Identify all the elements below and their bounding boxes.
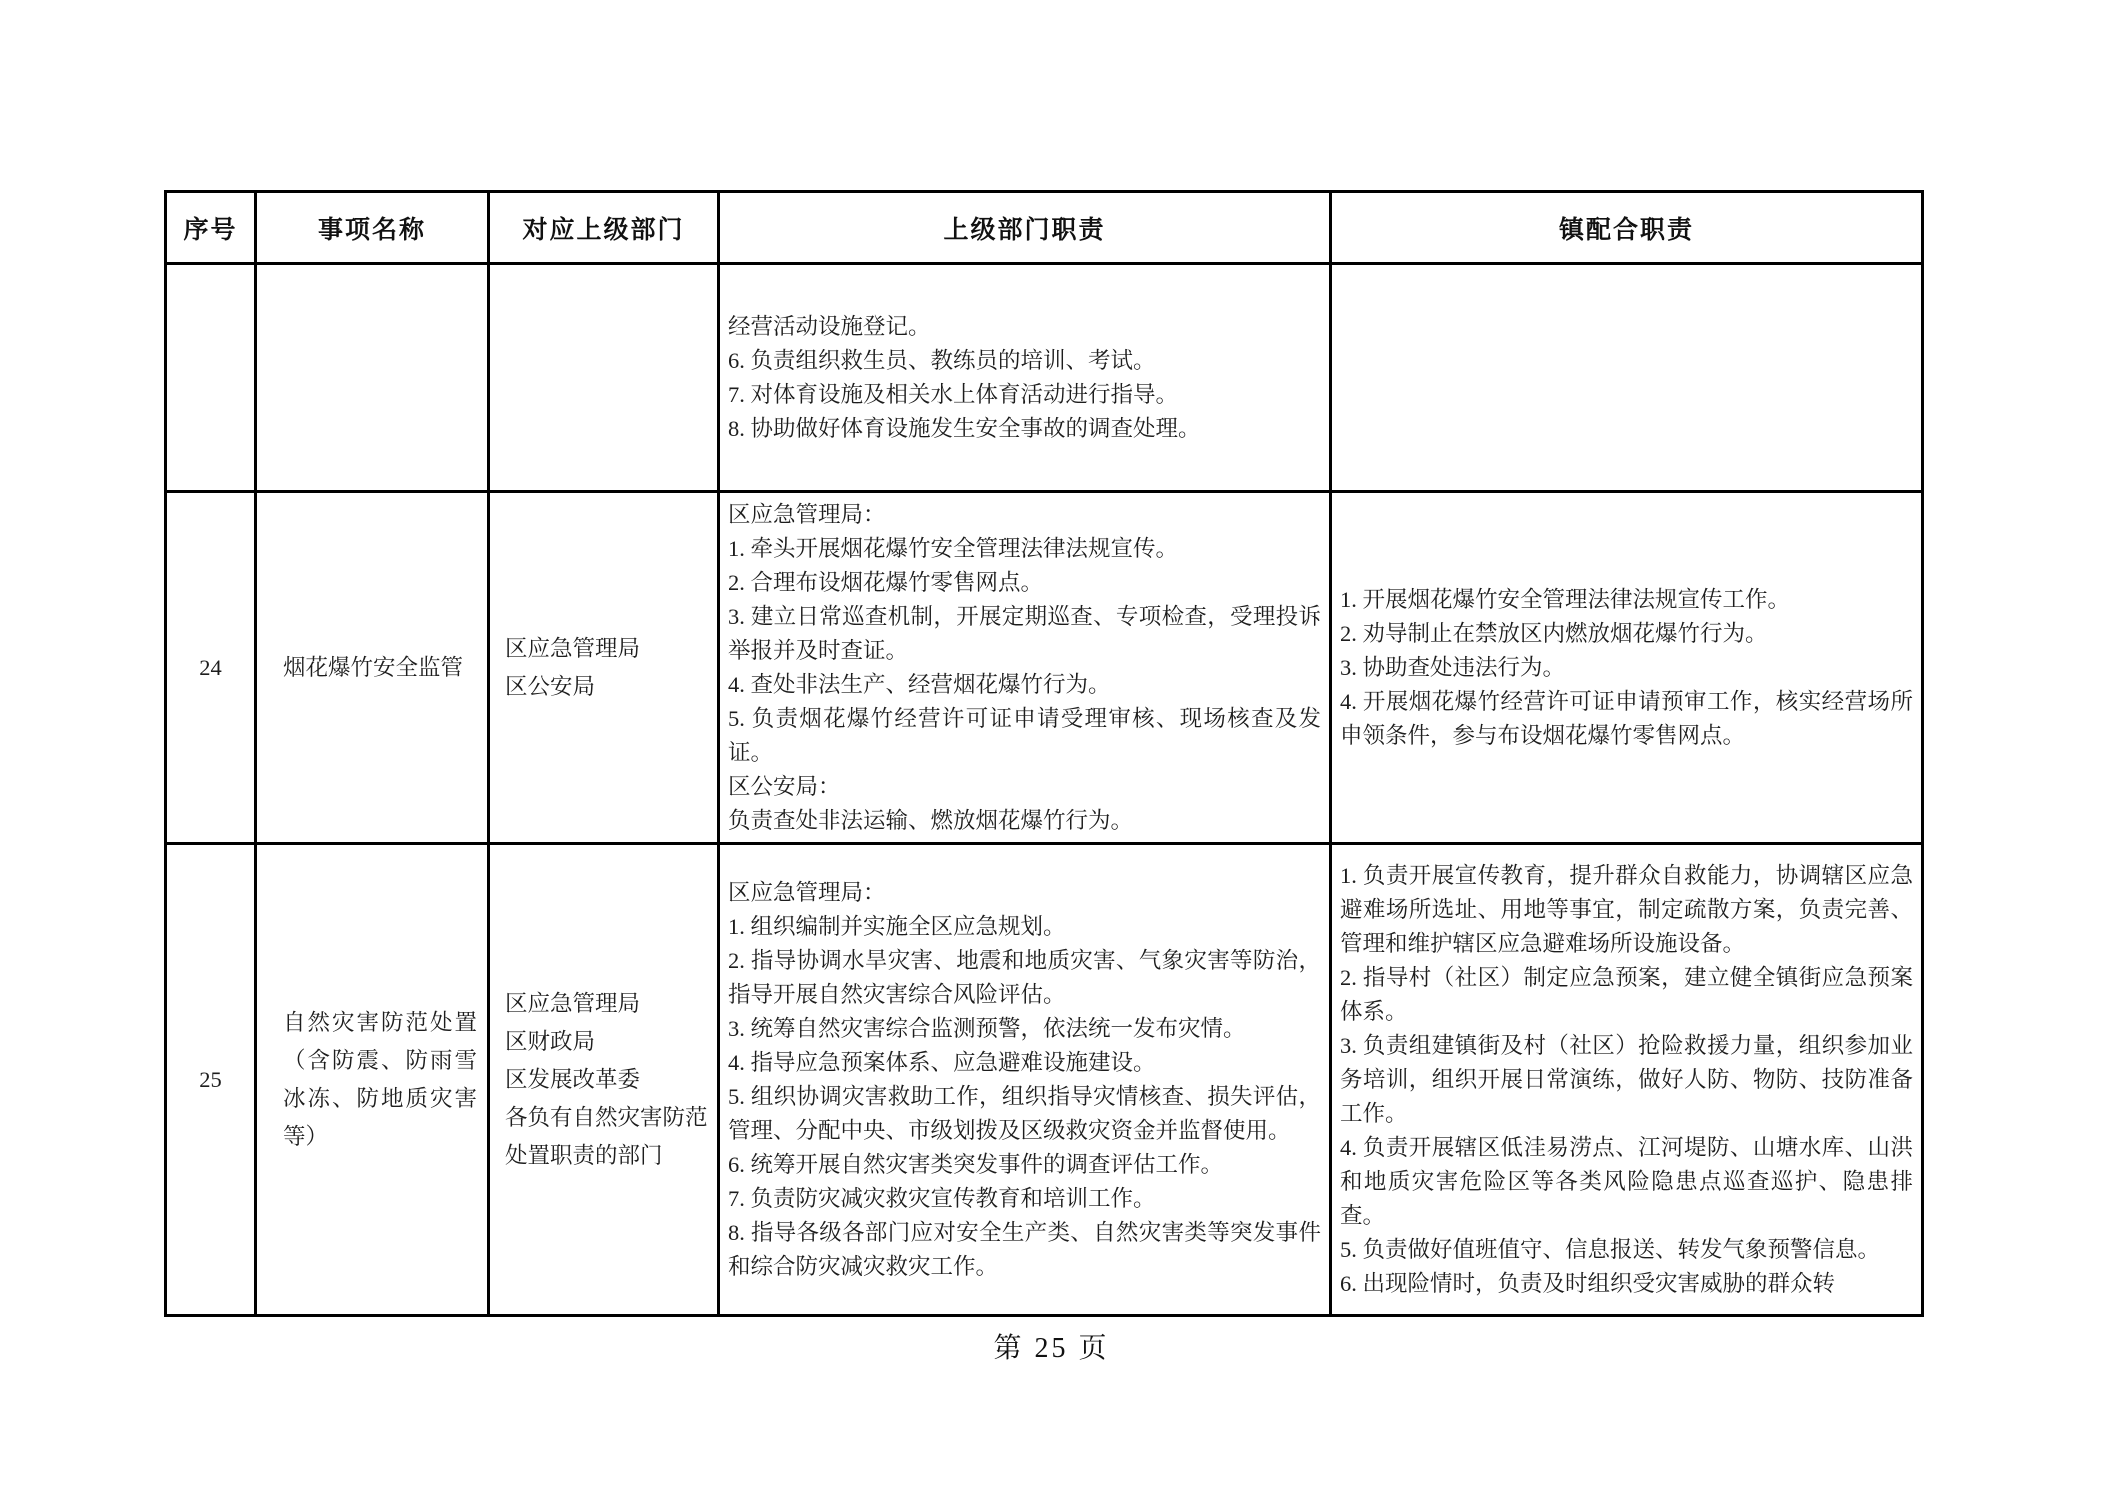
cell-town-duties: 1. 负责开展宣传教育，提升群众自救能力，协调辖区应急避难场所选址、用地等事宜，…	[1331, 844, 1923, 1316]
cell-seq: 25	[166, 844, 256, 1316]
document-page: 序号 事项名称 对应上级部门 上级部门职责 镇配合职责 经营活动设施登记。 6.…	[0, 0, 2103, 1486]
table-row-continuation: 经营活动设施登记。 6. 负责组织救生员、教练员的培训、考试。 7. 对体育设施…	[166, 264, 1923, 492]
table-row-25: 25 自然灾害防范处置（含防震、防雨雪冰冻、防地质灾害等） 区应急管理局 区财政…	[166, 844, 1923, 1316]
cell-item-name	[256, 264, 489, 492]
table-header-row: 序号 事项名称 对应上级部门 上级部门职责 镇配合职责	[166, 192, 1923, 264]
cell-departments: 区应急管理局 区公安局	[489, 492, 719, 844]
cell-town-duties: 1. 开展烟花爆竹安全管理法律法规宣传工作。 2. 劝导制止在禁放区内燃放烟花爆…	[1331, 492, 1923, 844]
header-item-name: 事项名称	[256, 192, 489, 264]
duty-table: 序号 事项名称 对应上级部门 上级部门职责 镇配合职责 经营活动设施登记。 6.…	[164, 190, 1924, 1317]
cell-departments	[489, 264, 719, 492]
cell-superior-duties: 区应急管理局： 1. 组织编制并实施全区应急规划。 2. 指导协调水旱灾害、地震…	[719, 844, 1331, 1316]
header-superior-duties: 上级部门职责	[719, 192, 1331, 264]
table-row-24: 24 烟花爆竹安全监管 区应急管理局 区公安局 区应急管理局： 1. 牵头开展烟…	[166, 492, 1923, 844]
cell-seq: 24	[166, 492, 256, 844]
page-number: 第 25 页	[0, 1326, 2103, 1366]
header-seq: 序号	[166, 192, 256, 264]
header-town-duties: 镇配合职责	[1331, 192, 1923, 264]
cell-departments: 区应急管理局 区财政局 区发展改革委 各负有自然灾害防范处置职责的部门	[489, 844, 719, 1316]
cell-seq	[166, 264, 256, 492]
cell-item-name: 自然灾害防范处置（含防震、防雨雪冰冻、防地质灾害等）	[256, 844, 489, 1316]
cell-item-name: 烟花爆竹安全监管	[256, 492, 489, 844]
cell-superior-duties: 区应急管理局： 1. 牵头开展烟花爆竹安全管理法律法规宣传。 2. 合理布设烟花…	[719, 492, 1331, 844]
cell-town-duties	[1331, 264, 1923, 492]
header-departments: 对应上级部门	[489, 192, 719, 264]
cell-superior-duties: 经营活动设施登记。 6. 负责组织救生员、教练员的培训、考试。 7. 对体育设施…	[719, 264, 1331, 492]
